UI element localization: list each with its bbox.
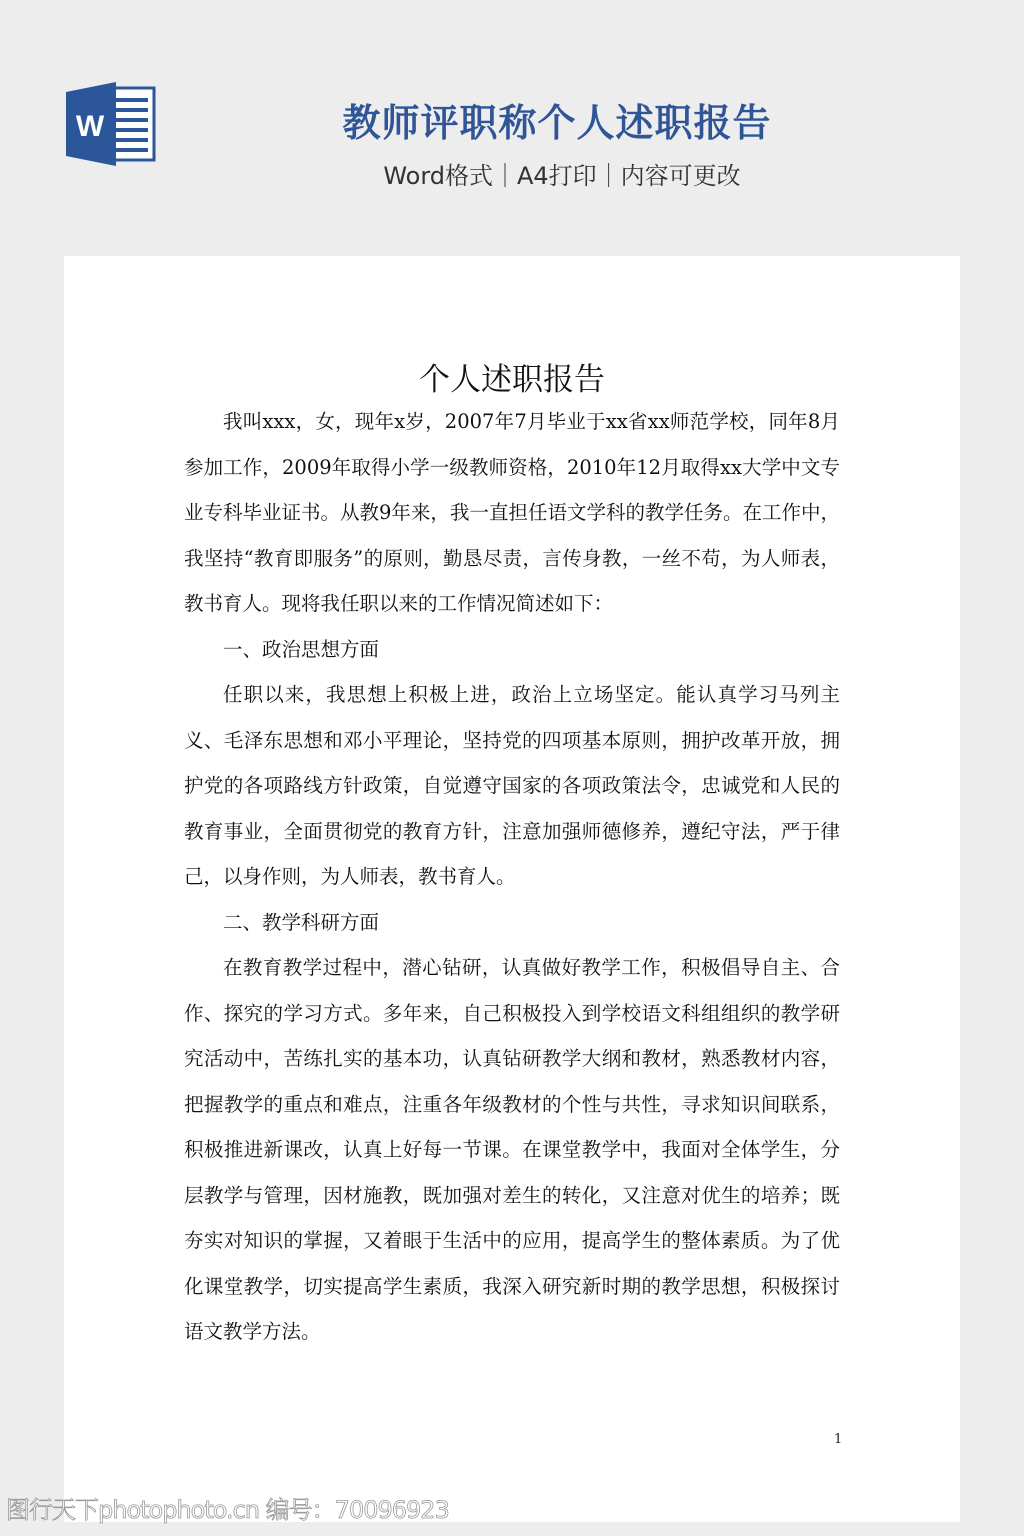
paragraph-politics: 任职以来，我思想上积极上进，政治上立场坚定。能认真学习马列主义、毛泽东思想和邓小…	[184, 672, 840, 900]
section-heading-politics: 一、政治思想方面	[184, 627, 840, 673]
document-page: 个人述职报告 我叫xxx，女，现年x岁，2007年7月毕业于xx省xx师范学校，…	[64, 256, 960, 1522]
watermark: 图行天下photophoto.cn 编号：70096923	[6, 1490, 449, 1525]
paragraph-intro: 我叫xxx，女，现年x岁，2007年7月毕业于xx省xx师范学校，同年8月参加工…	[184, 399, 840, 627]
page-number: 1	[834, 1432, 842, 1447]
page-subtitle: Word格式｜A4打印｜内容可更改	[0, 156, 1024, 191]
document-body: 我叫xxx，女，现年x岁，2007年7月毕业于xx省xx师范学校，同年8月参加工…	[184, 399, 840, 1355]
paragraph-teaching: 在教育教学过程中，潜心钻研，认真做好教学工作，积极倡导自主、合作、探究的学习方式…	[184, 945, 840, 1355]
document-title: 个人述职报告	[64, 354, 960, 399]
section-heading-teaching: 二、教学科研方面	[184, 900, 840, 946]
page-title: 教师评职称个人述职报告	[0, 92, 1024, 147]
